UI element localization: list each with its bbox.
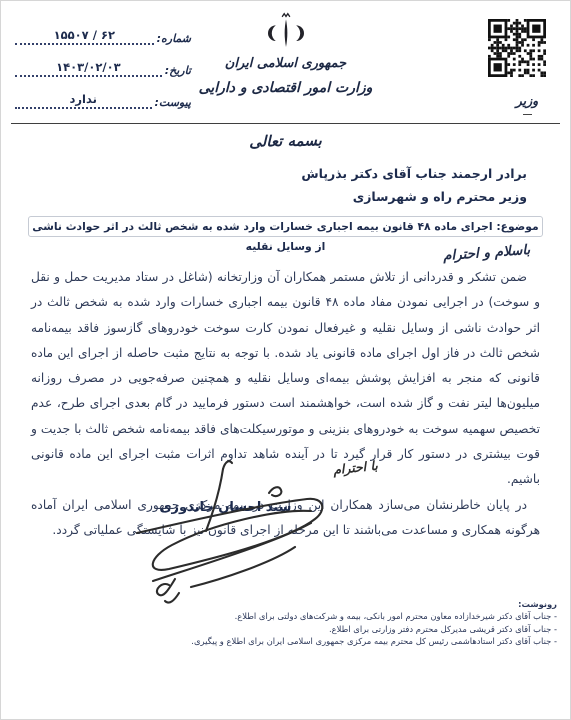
salutation-calligraphy: باسلام و احترام: [442, 242, 530, 264]
recipient-block: برادر ارجمند جناب آقای دکتر بذرپاش وزیر …: [301, 162, 527, 208]
cc-item: - جناب آقای دکتر قریشی مدیرکل محترم دفتر…: [97, 623, 557, 635]
recipient-name: برادر ارجمند جناب آقای دکتر بذرپاش: [301, 162, 527, 185]
ministry-title: وزارت امور اقتصادی و دارایی: [166, 80, 406, 96]
minister-label: وزیر: [507, 93, 547, 108]
iran-emblem-icon: [268, 11, 304, 53]
minister-underline: [523, 114, 532, 115]
letterhead-divider: [11, 123, 560, 124]
recipient-title: وزیر محترم راه و شهرسازی: [301, 185, 527, 208]
cc-footer: رونوشت: - جناب آقای دکتر شیرخدازاده معاو…: [97, 598, 557, 648]
number-value: ۶۲ / ۱۵۵۰۷: [15, 28, 154, 45]
scanned-letter-page: شماره: ۶۲ / ۱۵۵۰۷ تاریخ: ۱۴۰۳/۰۲/۰۳ پیوس…: [0, 0, 571, 720]
letterhead-center: جمهوری اسلامی ایران وزارت امور اقتصادی و…: [166, 11, 406, 96]
attachment-value: ندارد: [15, 92, 152, 109]
cc-item: - جناب آقای دکتر استادهاشمی رئیس کل محتر…: [97, 635, 557, 647]
cc-item: - جناب آقای دکتر شیرخدازاده معاون محترم …: [97, 610, 557, 622]
bismillah-calligraphy: بسمه تعالی: [1, 127, 570, 155]
cc-label: رونوشت:: [97, 598, 557, 610]
qr-code: [487, 19, 547, 81]
date-value: ۱۴۰۳/۰۲/۰۳: [15, 60, 162, 77]
handwritten-signature: [119, 453, 369, 608]
subject-line: موضوع: اجرای ماده ۴۸ قانون بیمه اجباری خ…: [28, 216, 543, 237]
country-title: جمهوری اسلامی ایران: [166, 56, 406, 71]
attachment-label: پیوست:: [155, 96, 191, 109]
